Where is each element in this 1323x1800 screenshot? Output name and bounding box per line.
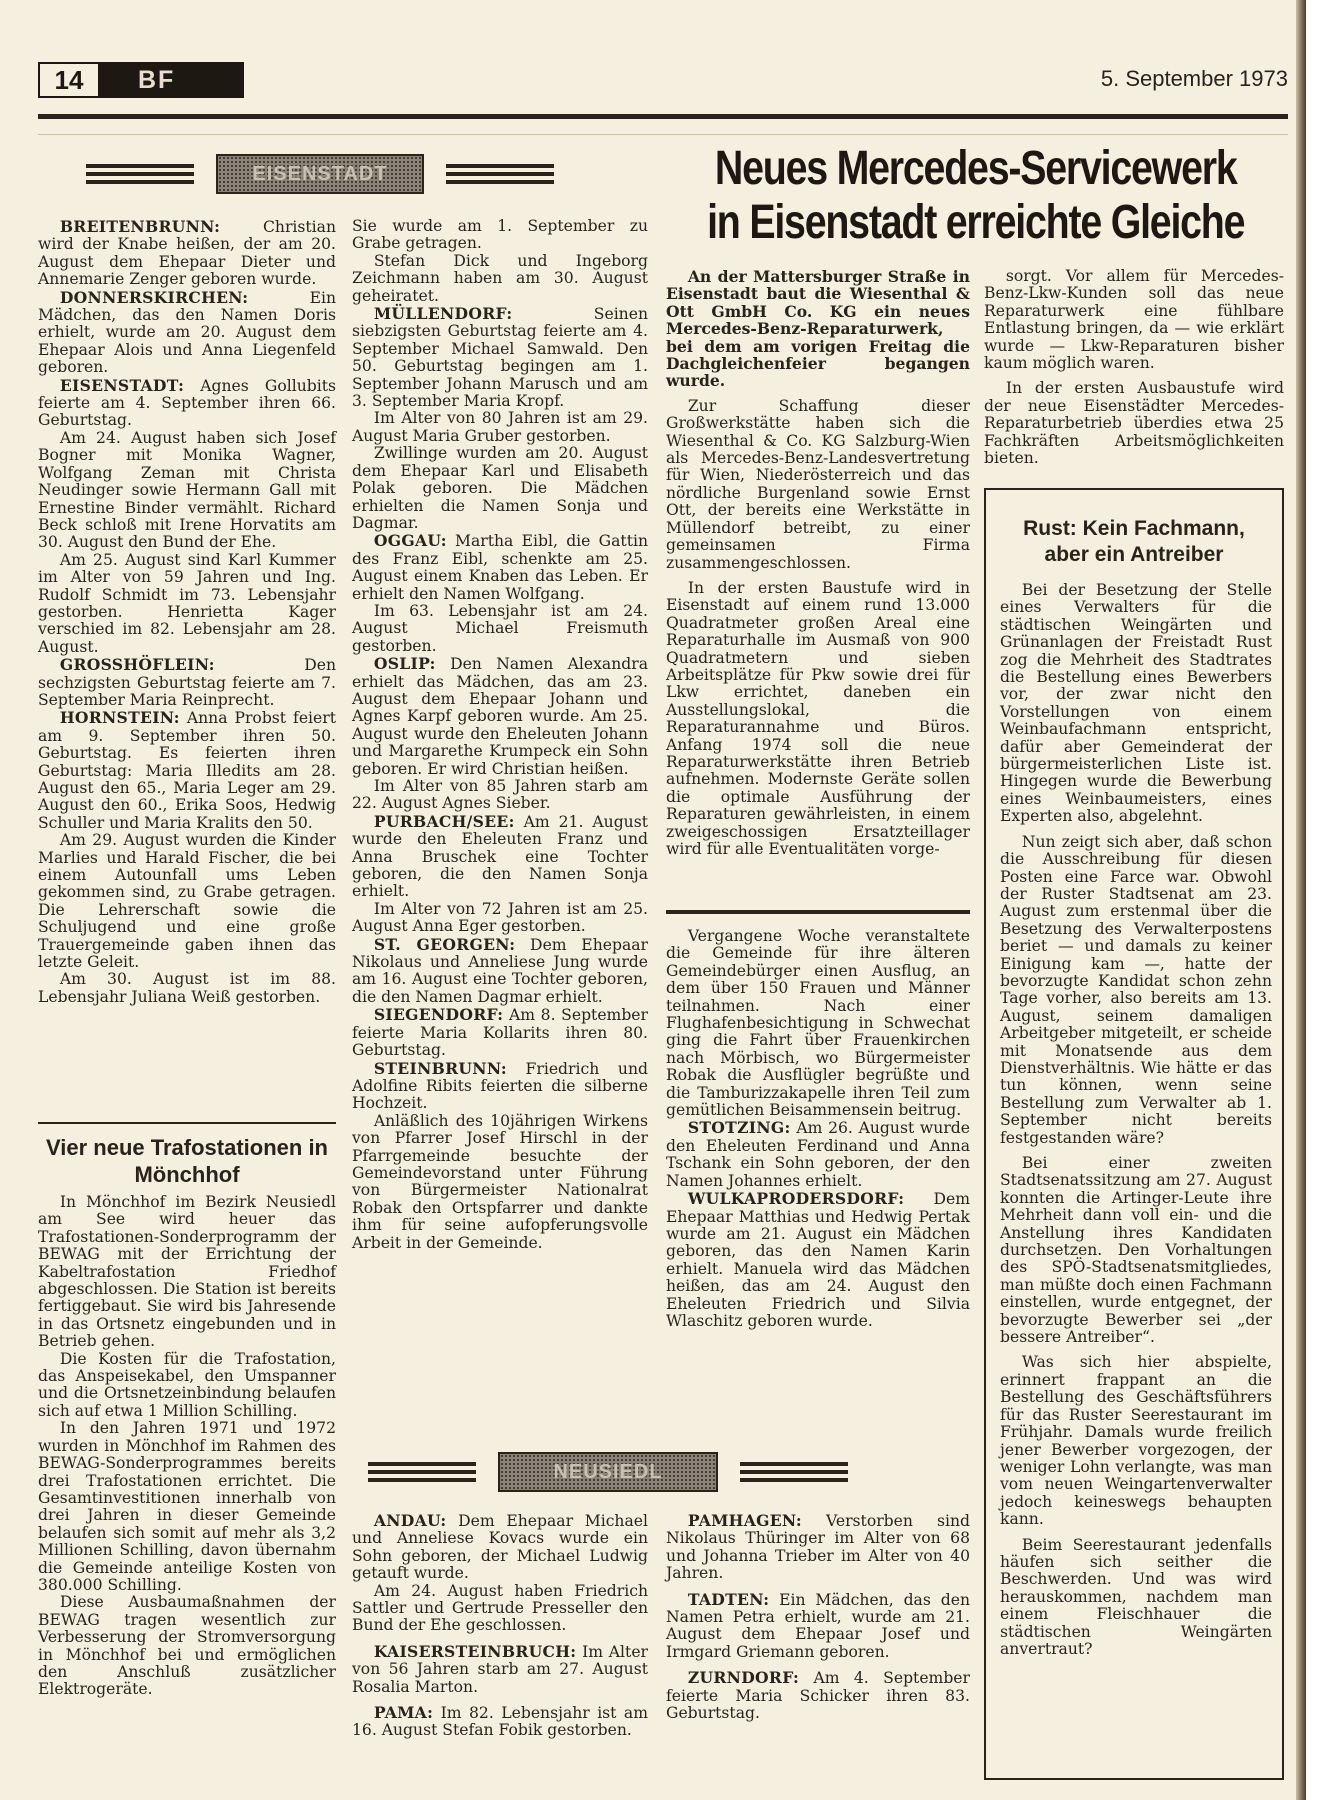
news-item: DONNERSKIRCHEN: Ein Mädchen, das den Nam…	[38, 289, 336, 377]
eisenstadt-column-3: Vergangene Woche veranstaltete die Gemei…	[666, 928, 970, 1330]
banner-lines-left	[86, 164, 194, 184]
section-code: BF	[98, 64, 242, 96]
mercedes-headline: Neues Mercedes-Servicewerk in Eisenstadt…	[660, 142, 1291, 250]
place-name: DONNERSKIRCHEN:	[60, 288, 249, 307]
page-margin	[1306, 0, 1323, 1800]
page-number: 14	[40, 64, 98, 96]
place-name: EISENSTADT:	[60, 376, 184, 395]
item-text: Sie wurde am 1. September zu Grabe getra…	[352, 217, 648, 252]
item-text: Anläßlich des 10jährigen Wirkens von Pfa…	[352, 1112, 648, 1252]
place-name: MÜLLENDORF:	[374, 304, 513, 323]
news-item: STEINBRUNN: Friedrich und Adolfine Ribit…	[352, 1060, 648, 1113]
paragraph: Beim Seerestaurant jedenfalls häufen sic…	[1000, 1537, 1272, 1659]
eisenstadt-column-1: BREITENBRUNN: Christian wird der Knabe h…	[38, 218, 336, 1006]
paragraph: Bei der Besetzung der Stelle eines Verwa…	[1000, 582, 1272, 826]
mercedes-headline-line-1: Neues Mercedes-Servicewerk	[660, 142, 1291, 196]
news-item: GROSSHÖFLEIN: Den sechzigsten Geburtstag…	[38, 656, 336, 709]
news-item: Anläßlich des 10jährigen Wirkens von Pfa…	[352, 1113, 648, 1252]
place-name: KAISERSTEINBRUCH:	[374, 1642, 576, 1661]
article-rule	[38, 1122, 336, 1124]
place-name: BREITENBRUNN:	[60, 217, 220, 236]
column-rule	[666, 910, 970, 914]
paragraph: Diese Ausbaumaßnahmen der BEWAG tragen w…	[38, 1594, 336, 1698]
section-tag: NEUSIEDL	[498, 1452, 718, 1492]
rust-article-box: Rust: Kein Fachmann, aber ein Antreiber …	[984, 488, 1284, 1780]
place-name: OGGAU:	[374, 531, 447, 550]
item-text: Vergangene Woche veranstaltete die Gemei…	[666, 927, 970, 1119]
news-item: PAMHAGEN: Verstorben sind Nikolaus Thüri…	[666, 1512, 970, 1583]
paragraph: Nun zeigt sich aber, daß schon die Aussc…	[1000, 834, 1272, 1147]
item-text: Dem Ehepaar Matthias und Hedwig Pertak w…	[666, 1190, 970, 1330]
place-name: ANDAU:	[374, 1511, 447, 1530]
thin-rule	[38, 134, 1288, 135]
item-text: Den Namen Alexandra erhielt das Mädchen,…	[352, 655, 648, 777]
news-item: PAMA: Im 82. Lebensjahr ist am 16. Augus…	[352, 1704, 648, 1740]
trafo-article: Vier neue Trafostationen in Mönchhof In …	[38, 1122, 336, 1699]
paragraph: Die Kosten für die Trafostation, das Ans…	[38, 1351, 336, 1421]
paragraph: sorgt. Vor allem für Mercedes-Benz-Lkw-K…	[984, 268, 1284, 372]
news-item: SIEGENDORF: Am 8. September feierte Mari…	[352, 1006, 648, 1059]
news-item: TADTEN: Ein Mädchen, das den Namen Petra…	[666, 1591, 970, 1662]
place-name: PURBACH/SEE:	[374, 812, 515, 831]
mercedes-headline-line-2: in Eisenstadt erreichte Gleiche	[660, 196, 1291, 250]
news-item: ZURNDORF: Am 4. September feierte Maria …	[666, 1669, 970, 1722]
news-item: Im 63. Lebensjahr ist am 24. August Mich…	[352, 603, 648, 655]
news-item: Zwillinge wurden am 20. August dem Ehepa…	[352, 445, 648, 532]
rust-body: Bei der Besetzung der Stelle eines Verwa…	[1000, 582, 1272, 1658]
mercedes-column-1-body: Zur Schaffung dieser Großwerkstätte habe…	[666, 398, 970, 859]
paragraph: In der ersten Ausbaustufe wird der neue …	[984, 380, 1284, 467]
rust-headline: Rust: Kein Fachmann, aber ein Antreiber	[1000, 516, 1268, 568]
item-text: Im Alter von 85 Jahren starb am 22. Augu…	[352, 777, 648, 812]
paragraph: Zur Schaffung dieser Großwerkstätte habe…	[666, 398, 970, 572]
paragraph: In der ersten Baustufe wird in Eisenstad…	[666, 580, 970, 859]
place-name: PAMHAGEN:	[688, 1511, 802, 1530]
section-tag: EISENSTADT	[216, 154, 424, 194]
item-text: Zwillinge wurden am 20. August dem Ehepa…	[352, 444, 648, 532]
news-item: WULKAPRODERSDORF: Dem Ehepaar Matthias u…	[666, 1190, 970, 1330]
news-item: MÜLLENDORF: Seinen siebzigsten Geburtsta…	[352, 305, 648, 410]
place-name: TADTEN:	[688, 1590, 769, 1609]
newspaper-page: 14 BF 5. September 1973 EISENSTADT BREIT…	[0, 0, 1300, 1800]
item-text: Im 63. Lebensjahr ist am 24. August Mich…	[352, 602, 648, 655]
page-number-box: 14 BF	[38, 62, 244, 98]
paragraph: Was sich hier abspielte, erinnert frappa…	[1000, 1354, 1272, 1528]
banner-lines-right	[740, 1462, 848, 1482]
trafo-body: In Mönchhof im Bezirk Neusiedl am See wi…	[38, 1194, 336, 1699]
neusiedl-column-2: PAMHAGEN: Verstorben sind Nikolaus Thüri…	[666, 1512, 970, 1722]
item-text: Am 25. August sind Karl Kummer im Alter …	[38, 551, 336, 656]
news-item: EISENSTADT: Agnes Gollubits feierte am 4…	[38, 377, 336, 430]
trafo-headline: Vier neue Trafostationen in Mönchhof	[38, 1134, 336, 1188]
news-item: Am 24. August haben Friedrich Sattler un…	[352, 1583, 648, 1635]
place-name: STEINBRUNN:	[374, 1059, 507, 1078]
mercedes-lead: An der Mattersburger Straße in Eisenstad…	[666, 268, 970, 390]
news-item: PURBACH/SEE: Am 21. August wurde den Ehe…	[352, 813, 648, 901]
eisenstadt-column-2: Sie wurde am 1. September zu Grabe getra…	[352, 218, 648, 1252]
news-item: OGGAU: Martha Eibl, die Gattin des Franz…	[352, 532, 648, 603]
news-item: Im Alter von 80 Jahren ist am 29. August…	[352, 410, 648, 445]
paragraph: In Mönchhof im Bezirk Neusiedl am See wi…	[38, 1194, 336, 1351]
news-item: Am 30. August ist im 88. Lebensjahr Juli…	[38, 971, 336, 1006]
masthead: 14 BF 5. September 1973	[38, 62, 1288, 106]
mercedes-column-1: An der Mattersburger Straße in Eisenstad…	[666, 268, 970, 858]
place-name: HORNSTEIN:	[60, 708, 180, 727]
item-text: Anna Probst feiert am 9. September ihren…	[38, 709, 336, 831]
news-item: Sie wurde am 1. September zu Grabe getra…	[352, 218, 648, 253]
place-name: ST. GEORGEN:	[374, 935, 516, 954]
eisenstadt-column-3-wrap: Vergangene Woche veranstaltete die Gemei…	[666, 910, 970, 1330]
item-text: Stefan Dick und Ingeborg Zeichmann haben…	[352, 252, 648, 305]
news-item: Vergangene Woche veranstaltete die Gemei…	[666, 928, 970, 1119]
page-edge-shadow	[1296, 0, 1306, 1800]
mercedes-column-2: sorgt. Vor allem für Mercedes-Benz-Lkw-K…	[984, 268, 1284, 467]
news-item: ST. GEORGEN: Dem Ehepaar Nikolaus und An…	[352, 936, 648, 1007]
place-name: WULKAPRODERSDORF:	[688, 1189, 904, 1208]
news-item: ANDAU: Dem Ehepaar Michael und Anneliese…	[352, 1512, 648, 1583]
place-name: ZURNDORF:	[688, 1668, 799, 1687]
place-name: PAMA:	[374, 1703, 433, 1722]
item-text: Am 24. August haben Friedrich Sattler un…	[352, 1582, 648, 1635]
news-item: OSLIP: Den Namen Alexandra erhielt das M…	[352, 655, 648, 778]
place-name: OSLIP:	[374, 654, 436, 673]
news-item: STOTZING: Am 26. August wurde den Eheleu…	[666, 1119, 970, 1190]
item-text: Im Alter von 72 Jahren ist am 25. August…	[352, 900, 648, 935]
news-item: Am 24. August haben sich Josef Bogner mi…	[38, 430, 336, 552]
section-banner-neusiedl: NEUSIEDL	[368, 1452, 848, 1492]
masthead-rule	[38, 114, 1288, 119]
news-item: BREITENBRUNN: Christian wird der Knabe h…	[38, 218, 336, 289]
news-item: Am 29. August wurden die Kinder Marlies …	[38, 832, 336, 971]
news-item: Im Alter von 72 Jahren ist am 25. August…	[352, 901, 648, 936]
place-name: SIEGENDORF:	[374, 1005, 504, 1024]
section-banner-eisenstadt: EISENSTADT	[86, 154, 554, 194]
item-text: Am 29. August wurden die Kinder Marlies …	[38, 831, 336, 971]
item-text: Am 24. August haben sich Josef Bogner mi…	[38, 429, 336, 551]
news-item: Stefan Dick und Ingeborg Zeichmann haben…	[352, 253, 648, 305]
issue-date: 5. September 1973	[1101, 66, 1288, 92]
place-name: STOTZING:	[688, 1118, 791, 1137]
paragraph: Bei einer zweiten Stadtsenatssitzung am …	[1000, 1155, 1272, 1346]
news-item: Im Alter von 85 Jahren starb am 22. Augu…	[352, 778, 648, 813]
paragraph: In den Jahren 1971 und 1972 wurden in Mö…	[38, 1420, 336, 1594]
item-text: Am 30. August ist im 88. Lebensjahr Juli…	[38, 970, 336, 1005]
news-item: Am 25. August sind Karl Kummer im Alter …	[38, 552, 336, 656]
place-name: GROSSHÖFLEIN:	[60, 655, 215, 674]
banner-lines-left	[368, 1462, 476, 1482]
news-item: HORNSTEIN: Anna Probst feiert am 9. Sept…	[38, 709, 336, 832]
banner-lines-right	[446, 164, 554, 184]
neusiedl-column-1: ANDAU: Dem Ehepaar Michael und Anneliese…	[352, 1512, 648, 1740]
news-item: KAISERSTEINBRUCH: Im Alter von 56 Jahren…	[352, 1643, 648, 1696]
item-text: Im Alter von 80 Jahren ist am 29. August…	[352, 409, 648, 444]
